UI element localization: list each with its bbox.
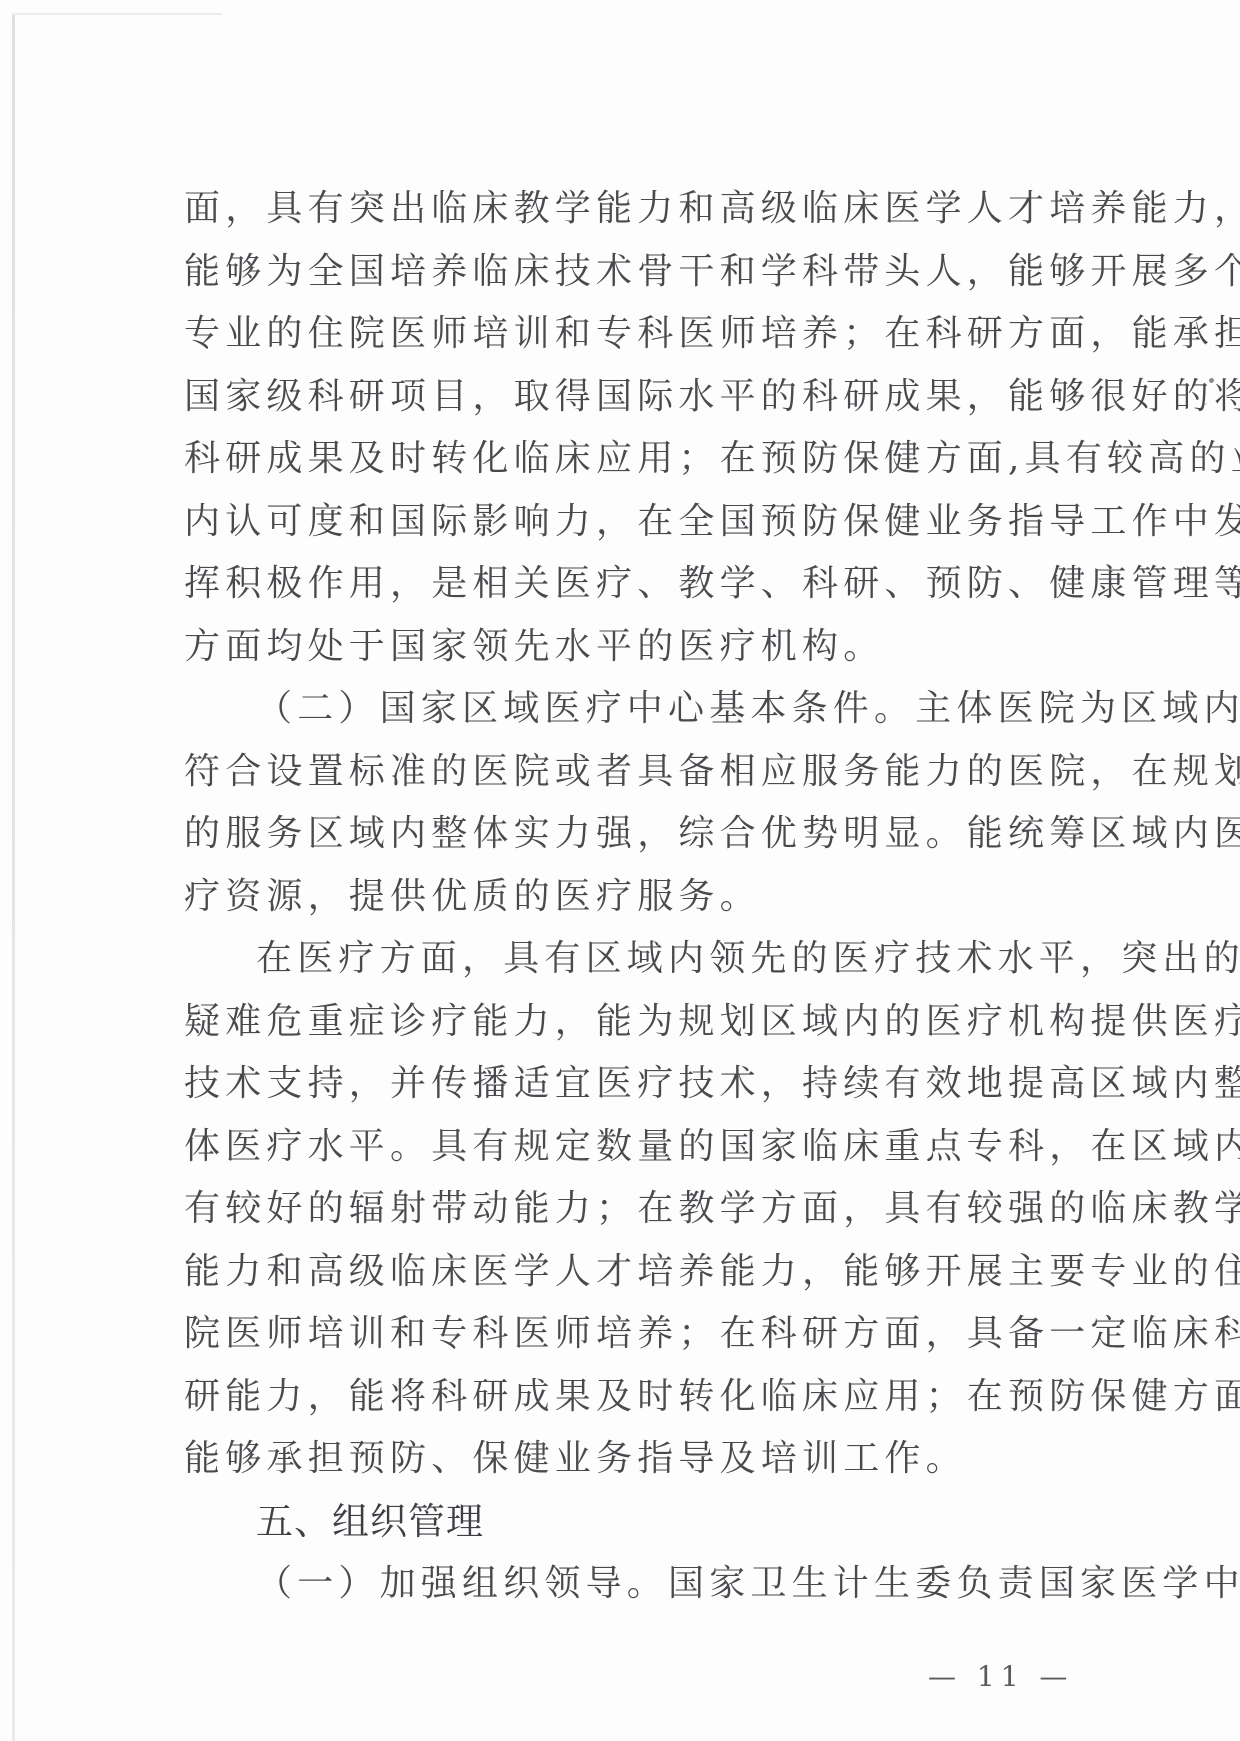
- scan-top-edge: [12, 13, 222, 15]
- paragraph-strengthen-leadership: （一）加强组织领导。国家卫生计生委负责国家医学中: [184, 1553, 1044, 1616]
- text-line: 能够承担预防、保健业务指导及培训工作。: [184, 1428, 1044, 1491]
- text-line: 有较好的辐射带动能力；在教学方面，具有较强的临床教学: [184, 1178, 1044, 1241]
- paragraph-regional-center-basic-conditions: （二）国家区域医疗中心基本条件。主体医院为区域内 符合设置标准的医院或者具备相应…: [184, 678, 1044, 928]
- text-line: 疗资源，提供优质的医疗服务。: [184, 866, 1044, 929]
- text-line: 体医疗水平。具有规定数量的国家临床重点专科，在区域内: [184, 1116, 1044, 1179]
- text-line: 院医师培训和专科医师培养；在科研方面，具备一定临床科: [184, 1303, 1044, 1366]
- text-line: 疑难危重症诊疗能力，能为规划区域内的医疗机构提供医疗: [184, 991, 1044, 1054]
- text-line: 方面均处于国家领先水平的医疗机构。: [184, 616, 1044, 679]
- text-line: 科研成果及时转化临床应用；在预防保健方面,具有较高的业: [184, 428, 1044, 491]
- text-line: 专业的住院医师培训和专科医师培养；在科研方面，能承担: [184, 303, 1044, 366]
- text-line: 技术支持，并传播适宜医疗技术，持续有效地提高区域内整: [184, 1053, 1044, 1116]
- text-line: 研能力，能将科研成果及时转化临床应用；在预防保健方面，: [184, 1366, 1044, 1429]
- text-line: 内认可度和国际影响力，在全国预防保健业务指导工作中发: [184, 491, 1044, 554]
- text-line: 的服务区域内整体实力强，综合优势明显。能统筹区域内医: [184, 803, 1044, 866]
- section-heading: 五、组织管理: [184, 1491, 1044, 1554]
- paragraph-national-center-continued: 面，具有突出临床教学能力和高级临床医学人才培养能力， 能够为全国培养临床技术骨干…: [184, 178, 1044, 678]
- text-line: 国家级科研项目，取得国际水平的科研成果，能够很好的将: [184, 366, 1044, 429]
- document-page: 面，具有突出临床教学能力和高级临床医学人才培养能力， 能够为全国培养临床技术骨干…: [184, 178, 1044, 1616]
- text-line: 面，具有突出临床教学能力和高级临床医学人才培养能力，: [184, 178, 1044, 241]
- scan-edge-shadow: [12, 14, 15, 1741]
- text-line: 能力和高级临床医学人才培养能力，能够开展主要专业的住: [184, 1241, 1044, 1304]
- text-line: 能够为全国培养临床技术骨干和学科带头人，能够开展多个: [184, 241, 1044, 304]
- text-line-first: 在医疗方面，具有区域内领先的医疗技术水平，突出的: [184, 928, 1044, 991]
- text-line: 符合设置标准的医院或者具备相应服务能力的医院，在规划: [184, 741, 1044, 804]
- text-line: 挥积极作用，是相关医疗、教学、科研、预防、健康管理等: [184, 553, 1044, 616]
- text-line-first: （二）国家区域医疗中心基本条件。主体医院为区域内: [184, 678, 1044, 741]
- page-number: — 11 —: [928, 1660, 1073, 1693]
- paragraph-regional-center-capabilities: 在医疗方面，具有区域内领先的医疗技术水平，突出的 疑难危重症诊疗能力，能为规划区…: [184, 928, 1044, 1491]
- text-line-first: （一）加强组织领导。国家卫生计生委负责国家医学中: [184, 1553, 1044, 1616]
